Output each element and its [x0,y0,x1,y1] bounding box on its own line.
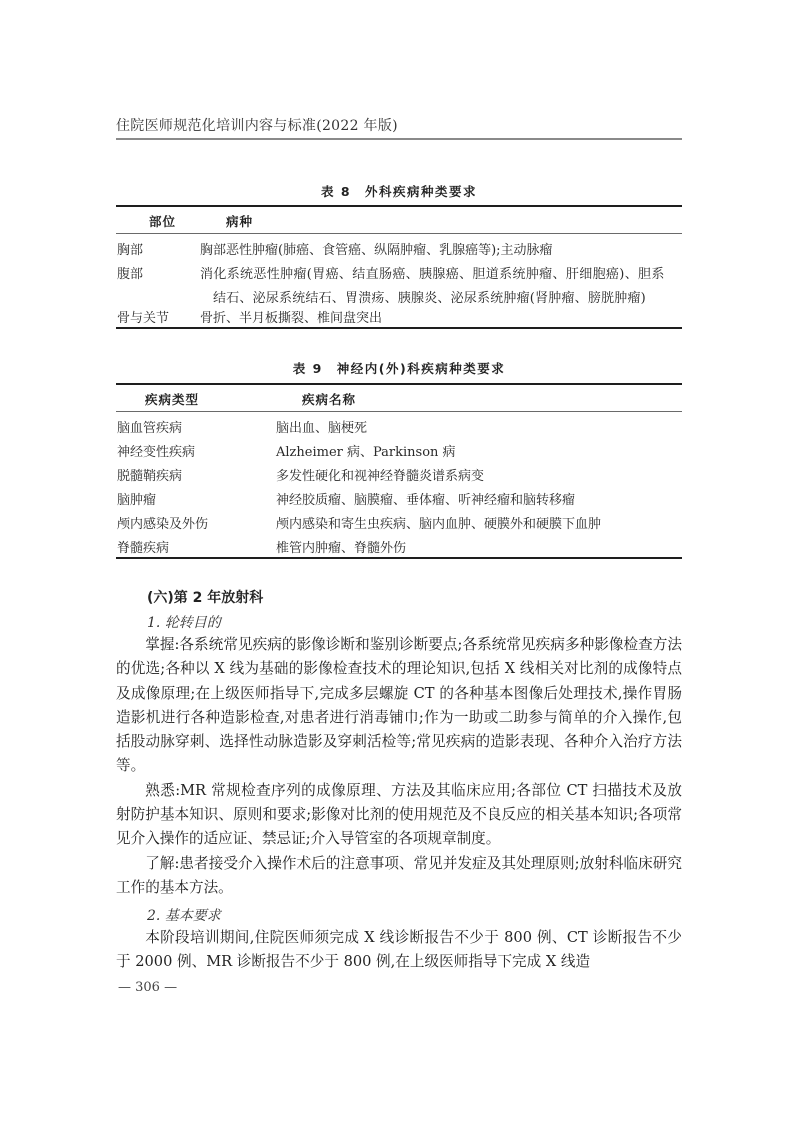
page-number: — 306 — [118,980,177,995]
document-page: 住院医师规范化培训内容与标准(2022 年版) 表 8 外科疾病种类要求 部位 … [0,0,800,1131]
table8-row-disease: 消化系统恶性肿瘤(胃癌、结直肠癌、胰腺癌、胆道系统肿瘤、肝细胞癌)、胆系 [200,263,665,282]
table8-row-disease: 胸部恶性肿瘤(肺癌、食管癌、纵隔肿瘤、乳腺癌等);主动脉瘤 [200,239,553,258]
table9-row-type: 颅内感染及外伤 [117,513,208,532]
table9-header-name: 疾病名称 [302,390,356,408]
table9-row-type: 脱髓鞘疾病 [117,465,182,484]
paragraph-understand: 了解:患者接受介入操作术后的注意事项、常见并发症及其处理原则;放射科临床研究工作… [116,852,682,901]
table9-row-name: 脑出血、脑梗死 [276,417,367,436]
table8-top-rule [116,205,682,207]
body-paragraphs: 掌握:各系统常见疾病的影像诊断和鉴别诊断要点;各系统常见疾病多种影像检查方法的优… [116,633,682,900]
table8-header-site: 部位 [149,212,176,230]
table9-row-name: Alzheimer 病、Parkinson 病 [276,441,456,460]
paragraph-familiar: 熟悉:MR 常规检查序列的成像原理、方法及其临床应用;各部位 CT 扫描技术及放… [116,779,682,852]
table9-row-type: 脑肿瘤 [117,489,156,508]
table9-row-name: 椎管内肿瘤、脊髓外伤 [276,537,406,556]
table9-caption: 表 9 神经内(外)科疾病种类要求 [116,359,682,377]
table9-row-type: 神经变性疾病 [117,441,195,460]
section-heading: (六)第 2 年放射科 [147,587,263,607]
table9-row-name: 神经胶质瘤、脑膜瘤、垂体瘤、听神经瘤和脑转移瘤 [276,489,575,508]
table8-header-disease: 病种 [226,212,253,230]
table9-row-type: 脑血管疾病 [117,417,182,436]
table8-row-site: 骨与关节 [117,307,169,326]
table9-header-type: 疾病类型 [145,390,199,408]
table8-row-disease: 骨折、半月板撕裂、椎间盘突出 [200,307,382,326]
body-paragraph-basic: 本阶段培训期间,住院医师须完成 X 线诊断报告不少于 800 例、CT 诊断报告… [116,926,682,975]
table8-row-disease-cont: 结石、泌尿系统结石、胃溃疡、胰腺炎、泌尿系统肿瘤(肾肿瘤、膀胱肿瘤) [213,287,646,306]
table9-row-name: 多发性硬化和视神经脊髓炎谱系病变 [276,465,484,484]
table8-header-rule [116,233,682,234]
paragraph-basic: 本阶段培训期间,住院医师须完成 X 线诊断报告不少于 800 例、CT 诊断报告… [116,926,682,975]
table9-header-rule [116,411,682,412]
table9-bottom-rule [116,557,682,559]
table9-row-name: 颅内感染和寄生虫疾病、脑内血肿、硬膜外和硬膜下血肿 [276,513,601,532]
table9-row-type: 脊髓疾病 [117,537,169,556]
subheading-rotation-goals: 1. 轮转目的 [147,612,221,632]
running-head-rule [116,138,682,140]
running-head: 住院医师规范化培训内容与标准(2022 年版) [116,115,398,135]
table9-top-rule [116,383,682,385]
table8-bottom-rule [116,327,682,329]
subheading-basic-requirements: 2. 基本要求 [147,905,221,925]
paragraph-master: 掌握:各系统常见疾病的影像诊断和鉴别诊断要点;各系统常见疾病多种影像检查方法的优… [116,633,682,779]
table8-row-site: 胸部 [117,239,143,258]
table8-row-site: 腹部 [117,263,143,282]
table8-caption: 表 8 外科疾病种类要求 [116,182,682,200]
